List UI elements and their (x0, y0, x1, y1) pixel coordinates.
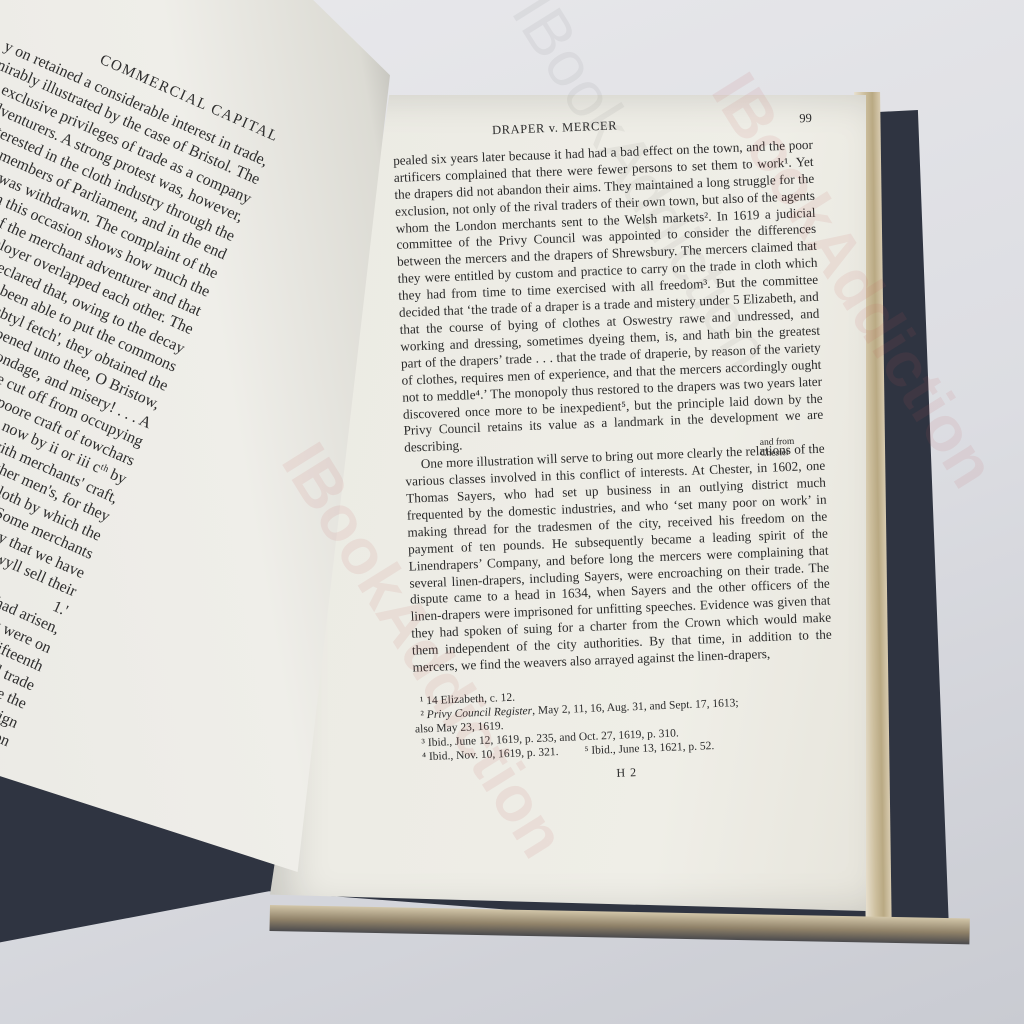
page-number: 99 (799, 110, 812, 127)
book-photo: DRAPER v. MERCER 99 pealed six years lat… (0, 0, 1024, 1024)
body-paragraph-1: pealed six years later because it had ha… (393, 137, 824, 457)
marginal-sidenote: and from Chester (760, 436, 821, 460)
footnote-2-marker: ² (420, 709, 424, 721)
footnotes-right: ¹ 14 Elizabeth, c. 12. ² Privy Council R… (414, 678, 836, 764)
running-head-title: DRAPER v. MERCER (492, 117, 618, 139)
body-paragraph-2: One more illustration will serve to brin… (405, 441, 833, 677)
